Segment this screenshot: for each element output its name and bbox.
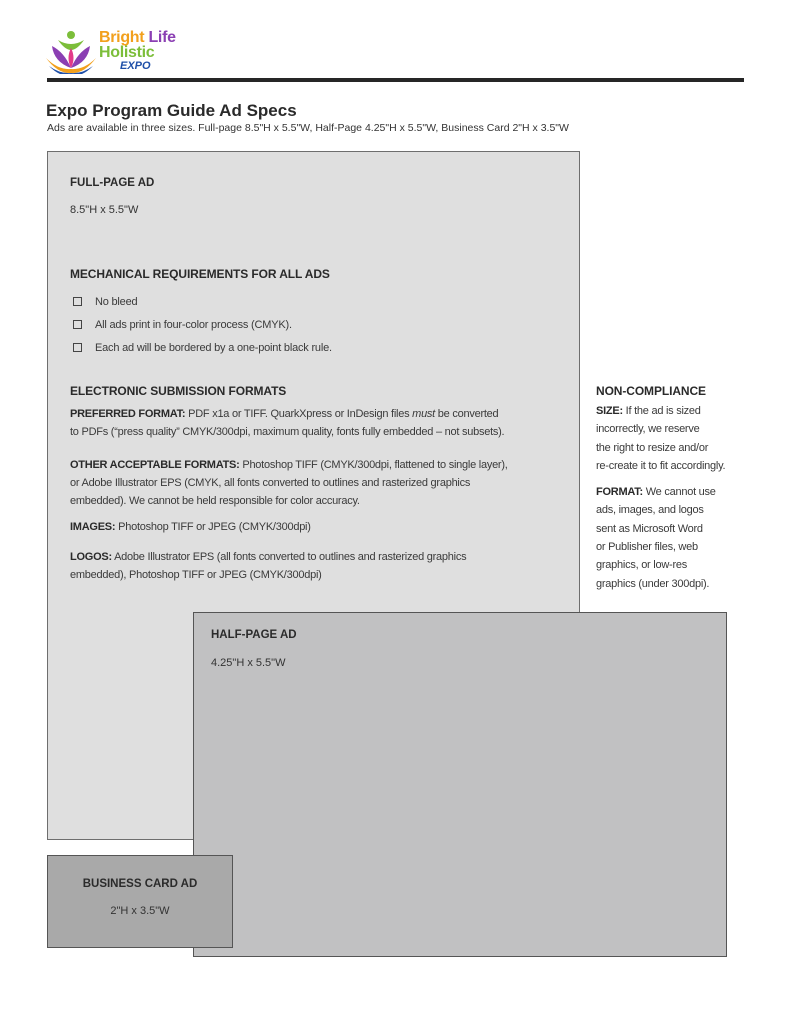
half-page-ad-size: 4.25"H x 5.5"W xyxy=(211,657,285,669)
logo-text-holistic: Holistic xyxy=(99,45,154,61)
non-compliance-heading: NON-COMPLIANCE xyxy=(596,384,766,398)
mechanical-heading: MECHANICAL REQUIREMENTS FOR ALL ADS xyxy=(70,267,330,281)
electronic-heading: ELECTRONIC SUBMISSION FORMATS xyxy=(70,384,286,398)
lotus-icon xyxy=(44,28,98,74)
business-card-ad-title: BUSINESS CARD AD xyxy=(48,878,232,890)
business-card-ad-box: BUSINESS CARD AD 2"H x 3.5"W xyxy=(47,855,233,948)
size-paragraph: SIZE: If the ad is sized incorrectly, we… xyxy=(596,402,766,475)
checkbox-icon xyxy=(73,320,82,329)
brand-logo: Bright Life Holistic EXPO xyxy=(44,28,194,76)
business-card-ad-size: 2"H x 3.5"W xyxy=(48,905,232,917)
full-page-ad-title: FULL-PAGE AD xyxy=(70,177,154,189)
format-paragraph: FORMAT: We cannot use ads, images, and l… xyxy=(596,483,766,593)
other-formats-paragraph: OTHER ACCEPTABLE FORMATS: Photoshop TIFF… xyxy=(70,456,575,510)
full-page-ad-size: 8.5"H x 5.5"W xyxy=(70,204,138,216)
page-title: Expo Program Guide Ad Specs xyxy=(46,101,297,121)
logos-paragraph: LOGOS: Adobe Illustrator EPS (all fonts … xyxy=(70,548,575,584)
non-compliance-section: NON-COMPLIANCE SIZE: If the ad is sized … xyxy=(596,384,766,593)
images-paragraph: IMAGES: Photoshop TIFF or JPEG (CMYK/300… xyxy=(70,518,575,536)
checkbox-icon xyxy=(73,343,82,352)
mechanical-item: All ads print in four-color process (CMY… xyxy=(73,313,332,336)
mechanical-item: Each ad will be bordered by a one-point … xyxy=(73,336,332,359)
half-page-ad-title: HALF-PAGE AD xyxy=(211,629,297,641)
preferred-format-paragraph: PREFERRED FORMAT: PDF x1a or TIFF. Quark… xyxy=(70,405,575,441)
checkbox-icon xyxy=(73,297,82,306)
mechanical-list: No bleed All ads print in four-color pro… xyxy=(73,290,332,359)
page-subtitle: Ads are available in three sizes. Full-p… xyxy=(47,122,569,134)
half-page-ad-box: HALF-PAGE AD 4.25"H x 5.5"W xyxy=(193,612,727,957)
header-rule xyxy=(47,78,744,82)
mechanical-item: No bleed xyxy=(73,290,332,313)
logo-text-expo: EXPO xyxy=(120,60,151,72)
